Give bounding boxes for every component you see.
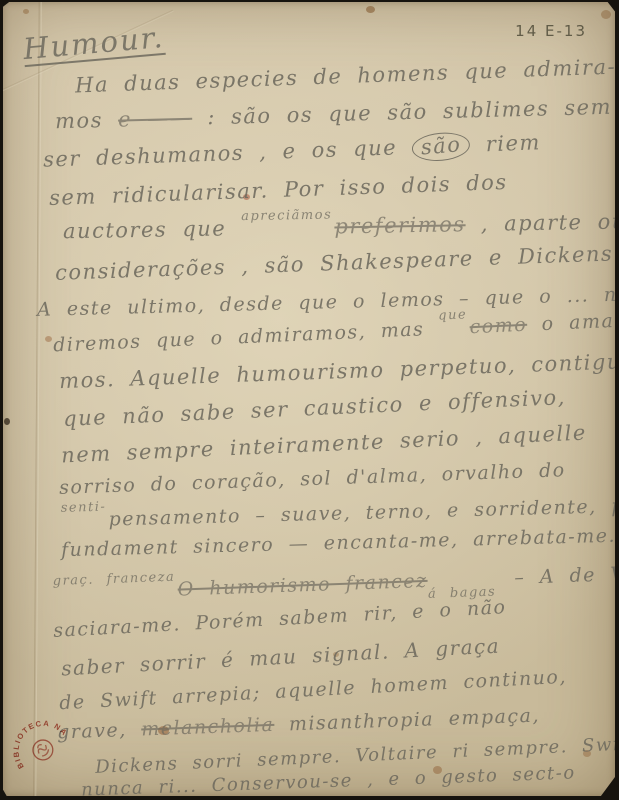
handwritten-text: riem — [470, 130, 541, 156]
handwritten-text: o ama- — [527, 310, 619, 336]
handwritten-text: saciara-me. Porém sabem rir, e o não — [53, 596, 507, 642]
manuscript-line: sorriso do coração, sol d'alma, orvalho … — [59, 459, 566, 499]
handwritten-text: sorriso do coração, sol d'alma, orvalho … — [59, 459, 566, 499]
handwritten-text: misanthropia empaça, — [274, 705, 540, 736]
handwritten-text: pensamento – suave, terno, e sorridente,… — [108, 494, 619, 530]
handwritten-text: fundament sincero — encanta-me, arrebata… — [61, 525, 616, 562]
circled-word: são — [411, 130, 472, 163]
handwritten-text: diremos que o admiramos, mas — [53, 318, 439, 357]
manuscript-line: fundament sincero — encanta-me, arrebata… — [61, 525, 616, 562]
manuscript-line: graç. francezaO humorismo francezá bagas… — [53, 557, 619, 605]
handwritten-text: ser deshumanos , e os que — [43, 135, 413, 172]
manuscript-line: sem ridicularisar. Por isso dois dos — [49, 170, 508, 210]
handwritten-text: : são os que são sublimes sem — [192, 95, 612, 130]
handwritten-text: auctores que — [63, 216, 242, 243]
stamp-emblem-arms — [35, 742, 51, 758]
struck-through-text: preferimos — [334, 212, 466, 238]
interline-insertion-above: que — [438, 307, 468, 323]
struck-through-text: e —— — [118, 106, 193, 132]
handwritten-text: mos — [55, 108, 119, 134]
interline-insertion-above: graç. franceza — [53, 570, 176, 589]
struck-through-text: como — [469, 314, 527, 338]
handwritten-text: considerações , são Shakespeare e Dicken… — [55, 241, 619, 285]
interline-insertion-above: apreciãmos — [241, 208, 332, 225]
handwritten-text: , aparte outra — [465, 209, 619, 236]
struck-through-text: melancholia — [141, 714, 275, 741]
manuscript-line: considerações , são Shakespeare e Dicken… — [55, 241, 619, 285]
manuscript-text-block: Ha duas especies de homens que admira-mo… — [3, 2, 615, 796]
handwritten-text: Ha duas especies de homens que admira- — [75, 55, 617, 98]
manuscript-line: mos e —— : são os que são sublimes sem — [55, 95, 612, 134]
manuscript-line: auctores que apreciãmospreferimos , apar… — [63, 209, 619, 243]
interline-insertion-above: senti- — [61, 500, 107, 516]
manuscript-paper: Humour. 14 E-13 Ha duas especies de home… — [3, 2, 615, 796]
struck-through-text: O humorismo francez — [177, 570, 428, 601]
handwritten-text: sem ridicularisar. Por isso dois dos — [49, 170, 508, 210]
manuscript-line: ser deshumanos , e os que são riem — [43, 129, 542, 174]
manuscript-line: Ha duas especies de homens que admira- — [75, 55, 617, 98]
manuscript-line: saciara-me. Porém sabem rir, e o não — [53, 596, 507, 642]
handwritten-text: – A de Voltaire, p. ex., — [499, 557, 619, 589]
